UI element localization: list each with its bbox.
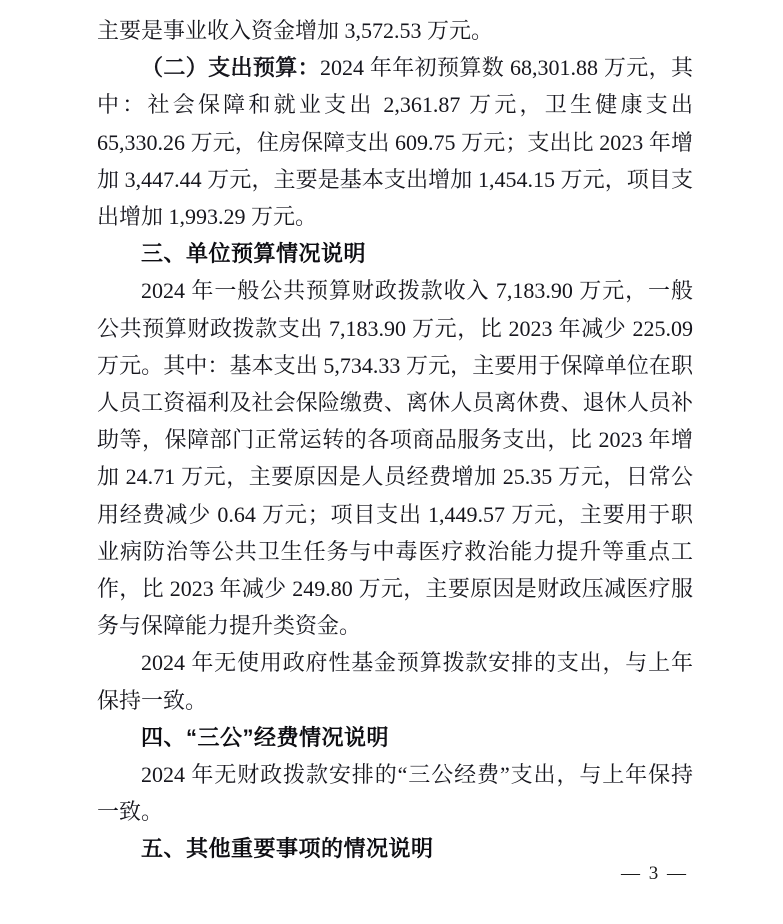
section-heading-three-public-funds: 四、“三公”经费情况说明 <box>97 719 693 756</box>
paragraph-three-public-funds: 2024 年无财政拨款安排的“三公经费”支出，与上年保持一致。 <box>97 756 693 830</box>
paragraph-expenditure-budget: （二）支出预算：2024 年年初预算数 68,301.88 万元，其中：社会保障… <box>97 49 693 235</box>
paragraph-text: 2024 年年初预算数 68,301.88 万元，其中：社会保障和就业支出 2,… <box>97 55 693 229</box>
section-heading-unit-budget: 三、单位预算情况说明 <box>97 235 693 272</box>
paragraph-unit-budget-detail: 2024 年一般公共预算财政拨款收入 7,183.90 万元，一般公共预算财政拨… <box>97 272 693 644</box>
paragraph-continuation: 主要是事业收入资金增加 3,572.53 万元。 <box>97 12 693 49</box>
page-number: — 3 — <box>621 863 688 885</box>
paragraph-lead-label: （二）支出预算： <box>141 55 320 80</box>
paragraph-government-fund: 2024 年无使用政府性基金预算拨款安排的支出，与上年保持一致。 <box>97 644 693 718</box>
section-heading-other-important-matters: 五、其他重要事项的情况说明 <box>97 830 693 867</box>
document-page: 主要是事业收入资金增加 3,572.53 万元。 （二）支出预算：2024 年年… <box>0 0 783 924</box>
document-content: 主要是事业收入资金增加 3,572.53 万元。 （二）支出预算：2024 年年… <box>97 12 693 868</box>
